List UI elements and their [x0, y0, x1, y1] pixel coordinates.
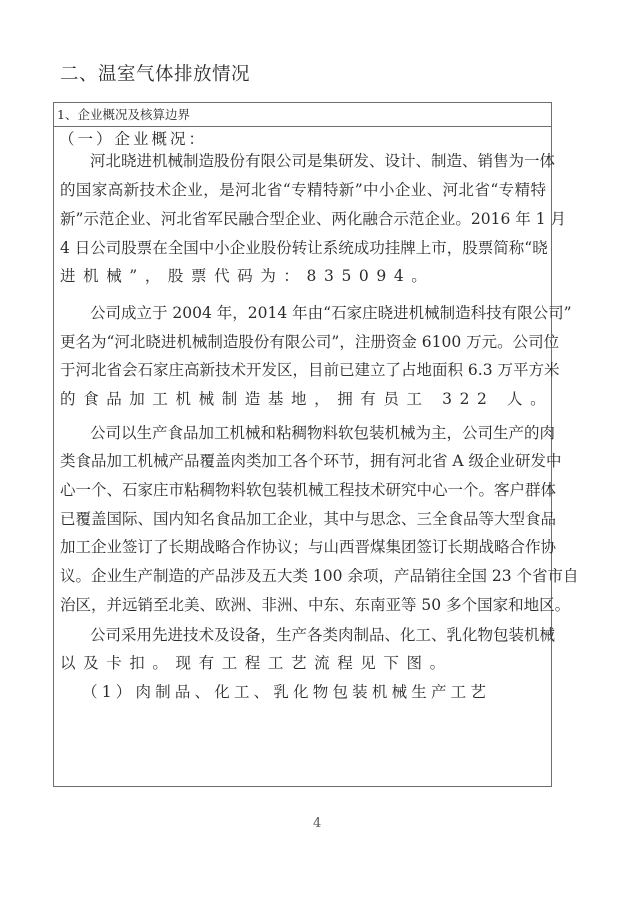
paragraph-4-line-2: 以及卡扣。现有工程工艺流程见下图。 — [60, 653, 546, 673]
paragraph-1-line-1: 河北晓进机械制造股份有限公司是集研发、设计、制造、销售为一体 — [90, 151, 546, 171]
paragraph-3-line-5: 加工企业签订了长期战略合作协议；与山西晋煤集团签订长期战略合作协 — [60, 537, 546, 557]
paragraph-2-line-2: 更名为“河北晓进机械制造股份有限公司”，注册资金 6100 万元。公司位 — [60, 332, 546, 352]
paragraph-2-line-4: 的食品加工机械制造基地，拥有员工 322 人。 — [60, 389, 546, 409]
process-heading: （1）肉制品、化工、乳化物包装机械生产工艺 — [82, 682, 538, 702]
section-title: 二、温室气体排放情况 — [60, 60, 250, 86]
subheading-company-overview: （一）企业概况： — [59, 128, 207, 150]
paragraph-1-line-2: 的国家高新技术企业，是河北省“专精特新”中小企业、河北省“专精特 — [60, 180, 546, 200]
paragraph-1-line-3: 新”示范企业、河北省军民融合型企业、两化融合示范企业。2016 年 1 月 — [60, 209, 546, 229]
paragraph-3-line-2: 类食品加工机械产品覆盖肉类加工各个环节，拥有河北省 A 级企业研发中 — [60, 451, 546, 471]
paragraph-3-line-3: 心一个、石家庄市粘稠物料软包装机械工程技术研究中心一个。客户群体 — [60, 480, 546, 500]
paragraph-3-line-1: 公司以生产食品加工机械和粘稠物料软包装机械为主，公司生产的肉 — [90, 423, 546, 443]
paragraph-4-line-1: 公司采用先进技术及设备，生产各类肉制品、化工、乳化物包装机械 — [90, 625, 546, 645]
paragraph-1-line-5: 进机械”，股票代码为：835094。 — [60, 266, 546, 286]
box-header: 1、企业概况及核算边界 — [54, 103, 551, 127]
page-number: 4 — [313, 816, 321, 831]
paragraph-3-line-4: 已覆盖国际、国内知名食品加工企业，其中与思念、三全食品等大型食品 — [60, 509, 546, 529]
content-box: 1、企业概况及核算边界 （一）企业概况： 河北晓进机械制造股份有限公司是集研发、… — [53, 102, 552, 787]
paragraph-3-line-7: 治区，并远销至北美、欧洲、非洲、中东、东南亚等 50 多个国家和地区。 — [60, 595, 546, 615]
paragraph-2-line-1: 公司成立于 2004 年，2014 年由“石家庄晓进机械制造科技有限公司” — [90, 303, 546, 323]
paragraph-3-line-6: 议。企业生产制造的产品涉及五大类 100 余项，产品销往全国 23 个省市自 — [60, 566, 546, 586]
paragraph-1-line-4: 4 日公司股票在全国中小企业股份转让系统成功挂牌上市，股票简称“晓 — [60, 238, 546, 258]
paragraph-2-line-3: 于河北省会石家庄高新技术开发区，目前已建立了占地面积 6.3 万平方米 — [60, 360, 546, 380]
